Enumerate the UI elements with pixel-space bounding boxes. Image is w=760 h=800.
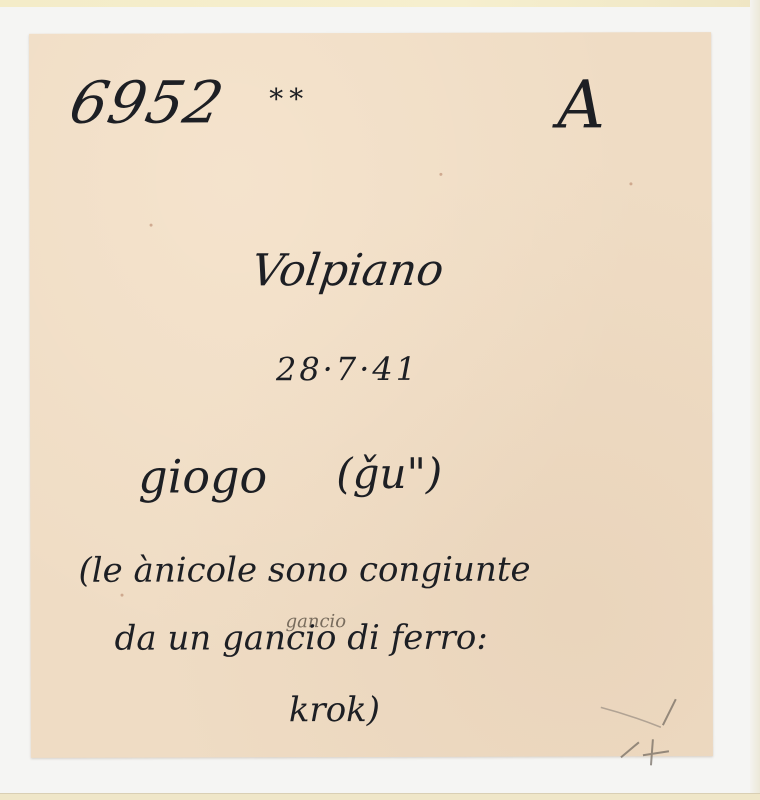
label-card: 6952 ** A Volpiano 28·7·41 giogo (ǧu") (… — [29, 32, 713, 758]
bottom-edge-strip — [0, 793, 760, 800]
paper-fleck — [439, 173, 442, 176]
pencil-mark-icon — [591, 687, 701, 777]
paper-fleck — [629, 182, 632, 185]
top-edge-strip — [0, 0, 760, 7]
description-line-2: da un gancio di ferro: — [115, 621, 488, 656]
catalog-number: 6952 — [65, 73, 229, 131]
term: giogo — [138, 453, 267, 499]
date: 28·7·41 — [276, 353, 419, 385]
right-edge-strip — [750, 0, 760, 800]
description-line-1: (le ànicole sono congiunte — [78, 553, 530, 588]
phonetic-gloss: (ǧu") — [336, 453, 442, 495]
locality: Volpiano — [249, 249, 447, 294]
paper-fleck — [150, 224, 153, 227]
grade-letter: A — [557, 72, 605, 138]
description-line-3: krok) — [289, 693, 380, 727]
paper-fleck — [121, 594, 124, 597]
catalog-marks: ** — [269, 85, 309, 113]
